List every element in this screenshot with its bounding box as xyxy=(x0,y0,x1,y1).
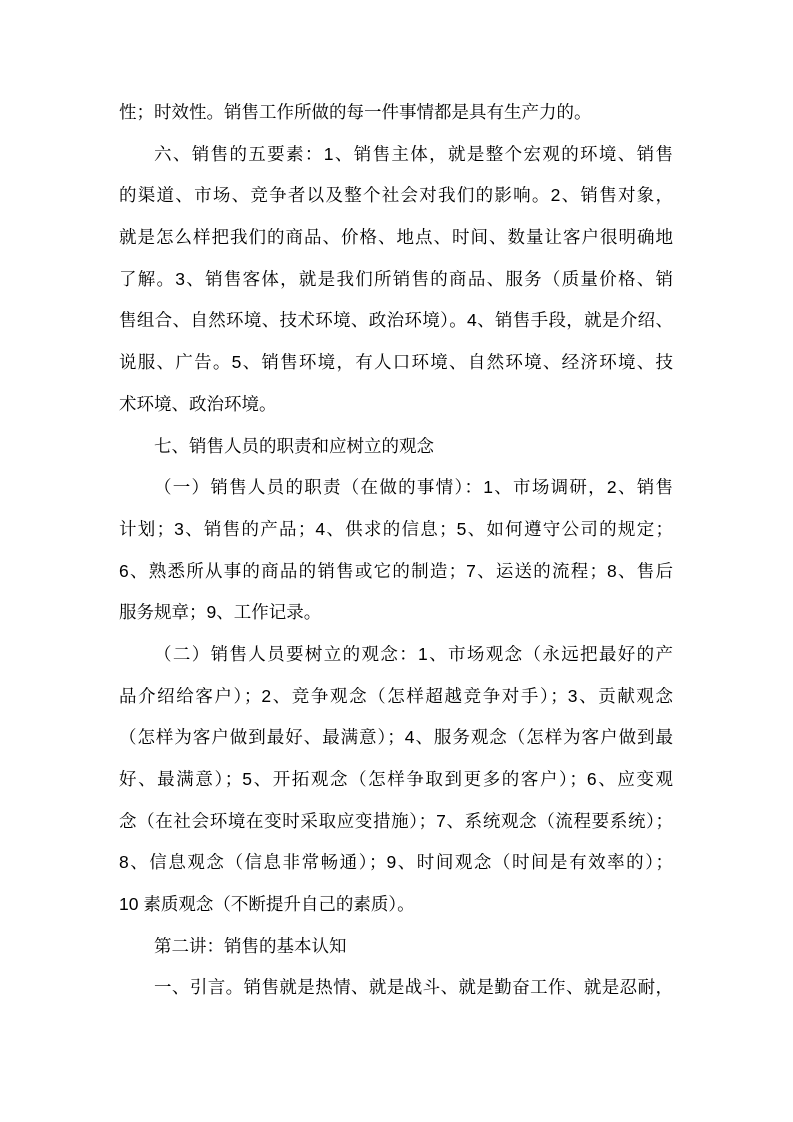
text-line: （二）销售人员要树立的观念：1、市场观念（永远把最好的产 xyxy=(119,634,673,676)
paragraph: 六、销售的五要素：1、销售主体，就是整个宏观的环境、销售的渠道、市场、竞争者以及… xyxy=(119,134,673,426)
text-line: 第二讲：销售的基本认知 xyxy=(119,926,673,968)
text-line: 就是怎么样把我们的商品、价格、地点、时间、数量让客户很明确地 xyxy=(119,217,673,259)
text-line: 性；时效性。销售工作所做的每一件事情都是具有生产力的。 xyxy=(119,92,673,134)
text-line: 六、销售的五要素：1、销售主体，就是整个宏观的环境、销售 xyxy=(119,134,673,176)
text-line: 七、销售人员的职责和应树立的观念 xyxy=(119,426,673,468)
paragraph: （二）销售人员要树立的观念：1、市场观念（永远把最好的产品介绍给客户）；2、竞争… xyxy=(119,634,673,926)
text-line: 好、最满意）；5、开拓观念（怎样争取到更多的客户）；6、应变观 xyxy=(119,759,673,801)
text-line: 的渠道、市场、竞争者以及整个社会对我们的影响。2、销售对象， xyxy=(119,175,673,217)
text-line: 8、信息观念（信息非常畅通）；9、时间观念（时间是有效率的）； xyxy=(119,842,673,884)
text-line: 一、引言。销售就是热情、就是战斗、就是勤奋工作、就是忍耐， xyxy=(119,967,673,1009)
text-line: 术环境、政治环境。 xyxy=(119,384,673,426)
text-line: 10 素质观念（不断提升自己的素质）。 xyxy=(119,884,673,926)
paragraph: 一、引言。销售就是热情、就是战斗、就是勤奋工作、就是忍耐， xyxy=(119,967,673,1009)
text-line: 服务规章；9、工作记录。 xyxy=(119,592,673,634)
text-line: 了解。3、销售客体，就是我们所销售的商品、服务（质量价格、销 xyxy=(119,259,673,301)
text-line: 说服、广告。5、销售环境，有人口环境、自然环境、经济环境、技 xyxy=(119,342,673,384)
text-line: 计划；3、销售的产品；4、供求的信息；5、如何遵守公司的规定； xyxy=(119,509,673,551)
paragraph: 七、销售人员的职责和应树立的观念 xyxy=(119,426,673,468)
text-line: 售组合、自然环境、技术环境、政治环境）。4、销售手段，就是介绍、 xyxy=(119,300,673,342)
text-line: （怎样为客户做到最好、最满意）；4、服务观念（怎样为客户做到最 xyxy=(119,717,673,759)
text-line: 念（在社会环境在变时采取应变措施）；7、系统观念（流程要系统）； xyxy=(119,801,673,843)
paragraph: 第二讲：销售的基本认知 xyxy=(119,926,673,968)
paragraph: 性；时效性。销售工作所做的每一件事情都是具有生产力的。 xyxy=(119,92,673,134)
page-content: 性；时效性。销售工作所做的每一件事情都是具有生产力的。六、销售的五要素：1、销售… xyxy=(119,92,673,1009)
text-line: 6、熟悉所从事的商品的销售或它的制造；7、运送的流程；8、售后 xyxy=(119,551,673,593)
paragraph: （一）销售人员的职责（在做的事情）：1、市场调研，2、销售计划；3、销售的产品；… xyxy=(119,467,673,634)
text-line: （一）销售人员的职责（在做的事情）：1、市场调研，2、销售 xyxy=(119,467,673,509)
document-page: 性；时效性。销售工作所做的每一件事情都是具有生产力的。六、销售的五要素：1、销售… xyxy=(0,0,793,1122)
text-line: 品介绍给客户）；2、竞争观念（怎样超越竞争对手）；3、贡献观念 xyxy=(119,676,673,718)
